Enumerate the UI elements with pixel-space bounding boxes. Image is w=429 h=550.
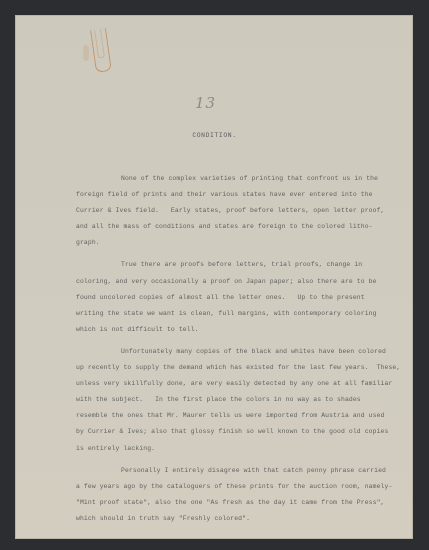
paperclip-inner-loop bbox=[94, 29, 105, 59]
text-line: coloring, and very occasionally a proof … bbox=[76, 274, 396, 290]
text-line: unless very skillfully done, are very ea… bbox=[76, 376, 396, 392]
text-line: with the subject. In the first place the… bbox=[76, 392, 396, 408]
text-line: by Currier & Ives; also that glossy fini… bbox=[76, 424, 396, 440]
text-line: writing the state we want is clean, full… bbox=[76, 306, 396, 322]
text-line: graph. bbox=[76, 235, 396, 251]
text-line: True there are proofs before letters, tr… bbox=[76, 257, 396, 273]
text-line: which should in truth say "Freshly color… bbox=[76, 511, 396, 527]
document-title: CONDITION. bbox=[0, 132, 429, 139]
handwritten-page-number: 13 bbox=[195, 94, 216, 112]
paperclip-mark bbox=[90, 28, 112, 73]
text-line: Currier & Ives field. Early states, proo… bbox=[76, 203, 396, 219]
text-line: is entirely lacking. bbox=[76, 441, 396, 457]
text-line: and all the mass of conditions and state… bbox=[76, 219, 396, 235]
rust-stain bbox=[83, 45, 89, 61]
text-line: found uncolored copies of almost all the… bbox=[76, 290, 396, 306]
text-line: up recently to supply the demand which h… bbox=[76, 360, 396, 376]
text-line: resemble the ones that Mr. Maurer tells … bbox=[76, 408, 396, 424]
text-line: which is not difficult to tell. bbox=[76, 322, 396, 338]
text-line: foreign field of prints and their variou… bbox=[76, 187, 396, 203]
text-line: a few years ago by the cataloguers of th… bbox=[76, 479, 396, 495]
text-line: "Mint proof state", also the one "As fre… bbox=[76, 495, 396, 511]
text-line: Unfortunately many copies of the black a… bbox=[76, 344, 396, 360]
text-line: Personally I entirely disagree with that… bbox=[76, 463, 396, 479]
document-body: None of the complex varieties of printin… bbox=[76, 171, 396, 527]
text-line: None of the complex varieties of printin… bbox=[76, 171, 396, 187]
